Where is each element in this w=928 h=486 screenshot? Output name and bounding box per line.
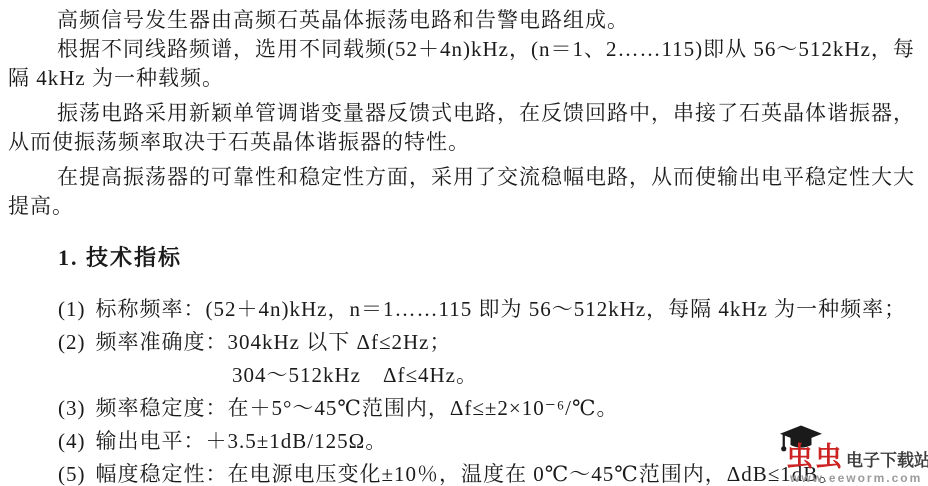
paragraph: 高频信号发生器由高频石英晶体振荡电路和告警电路组成。 [8,6,918,35]
spec-item: (2)频率准确度：304kHz 以下 Δf≤2Hz； 304～512kHz Δf… [58,326,918,392]
paragraph-line: 从而使振荡频率取决于石英晶体谐振器的特性。 [8,128,918,157]
item-number: (4) [58,429,86,453]
paragraph-line: 根据不同线路频谱，选用不同载频(52＋4n)kHz，(n＝1、2……115)即从… [8,35,918,64]
spec-text: 幅度稳定性：在电源电压变化±10％，温度在 0℃～45℃范围内，ΔdB≤1dB。 [96,462,841,486]
paragraph: 振荡电路采用新颖单管调谐变量器反馈式电路，在反馈回路中，串接了石英晶体谐振器， … [8,99,918,157]
item-number: (1) [58,297,86,321]
watermark-site-url: www.eeworm.com [790,472,922,485]
item-number: (3) [58,396,86,420]
paragraph: 在提高振荡器的可靠性和稳定性方面，采用了交流稳幅电路，从而使输出电平稳定性大大 … [8,163,918,221]
paragraph-line: 隔 4kHz 为一种载频。 [8,64,918,93]
paragraph-line: 在提高振荡器的可靠性和稳定性方面，采用了交流稳幅电路，从而使输出电平稳定性大大 [8,163,918,192]
spec-text-continuation: 304～512kHz Δf≤4Hz。 [232,359,918,392]
spec-text: 频率准确度：304kHz 以下 Δf≤2Hz； [96,330,452,354]
paragraph-line: 高频信号发生器由高频石英晶体振荡电路和告警电路组成。 [8,6,918,35]
spec-text: 输出电平：＋3.5±1dB/125Ω。 [96,429,388,453]
watermark-site-label: 电子下载站 [846,451,928,470]
watermark-logo-text: 虫虫 [786,442,844,472]
section-heading: 1. 技术指标 [8,247,918,269]
spec-text: 标称频率：(52＋4n)kHz，n＝1……115 即为 56～512kHz，每隔… [96,297,907,321]
paragraph-line: 提高。 [8,192,918,221]
site-watermark: 虫虫 电子下载站 www.eeworm.com [776,422,928,486]
paragraph-line: 振荡电路采用新颖单管调谐变量器反馈式电路，在反馈回路中，串接了石英晶体谐振器， [8,99,918,128]
item-number: (5) [58,462,86,486]
item-number: (2) [58,330,86,354]
document-page: 高频信号发生器由高频石英晶体振荡电路和告警电路组成。 根据不同线路频谱，选用不同… [8,6,918,486]
paragraph: 根据不同线路频谱，选用不同载频(52＋4n)kHz，(n＝1、2……115)即从… [8,35,918,93]
spec-text: 频率稳定度：在＋5°～45℃范围内，Δf≤±2×10⁻⁶/℃。 [96,396,619,420]
spec-item: (1)标称频率：(52＋4n)kHz，n＝1……115 即为 56～512kHz… [58,293,918,326]
spec-item: (3)频率稳定度：在＋5°～45℃范围内，Δf≤±2×10⁻⁶/℃。 [58,392,918,425]
